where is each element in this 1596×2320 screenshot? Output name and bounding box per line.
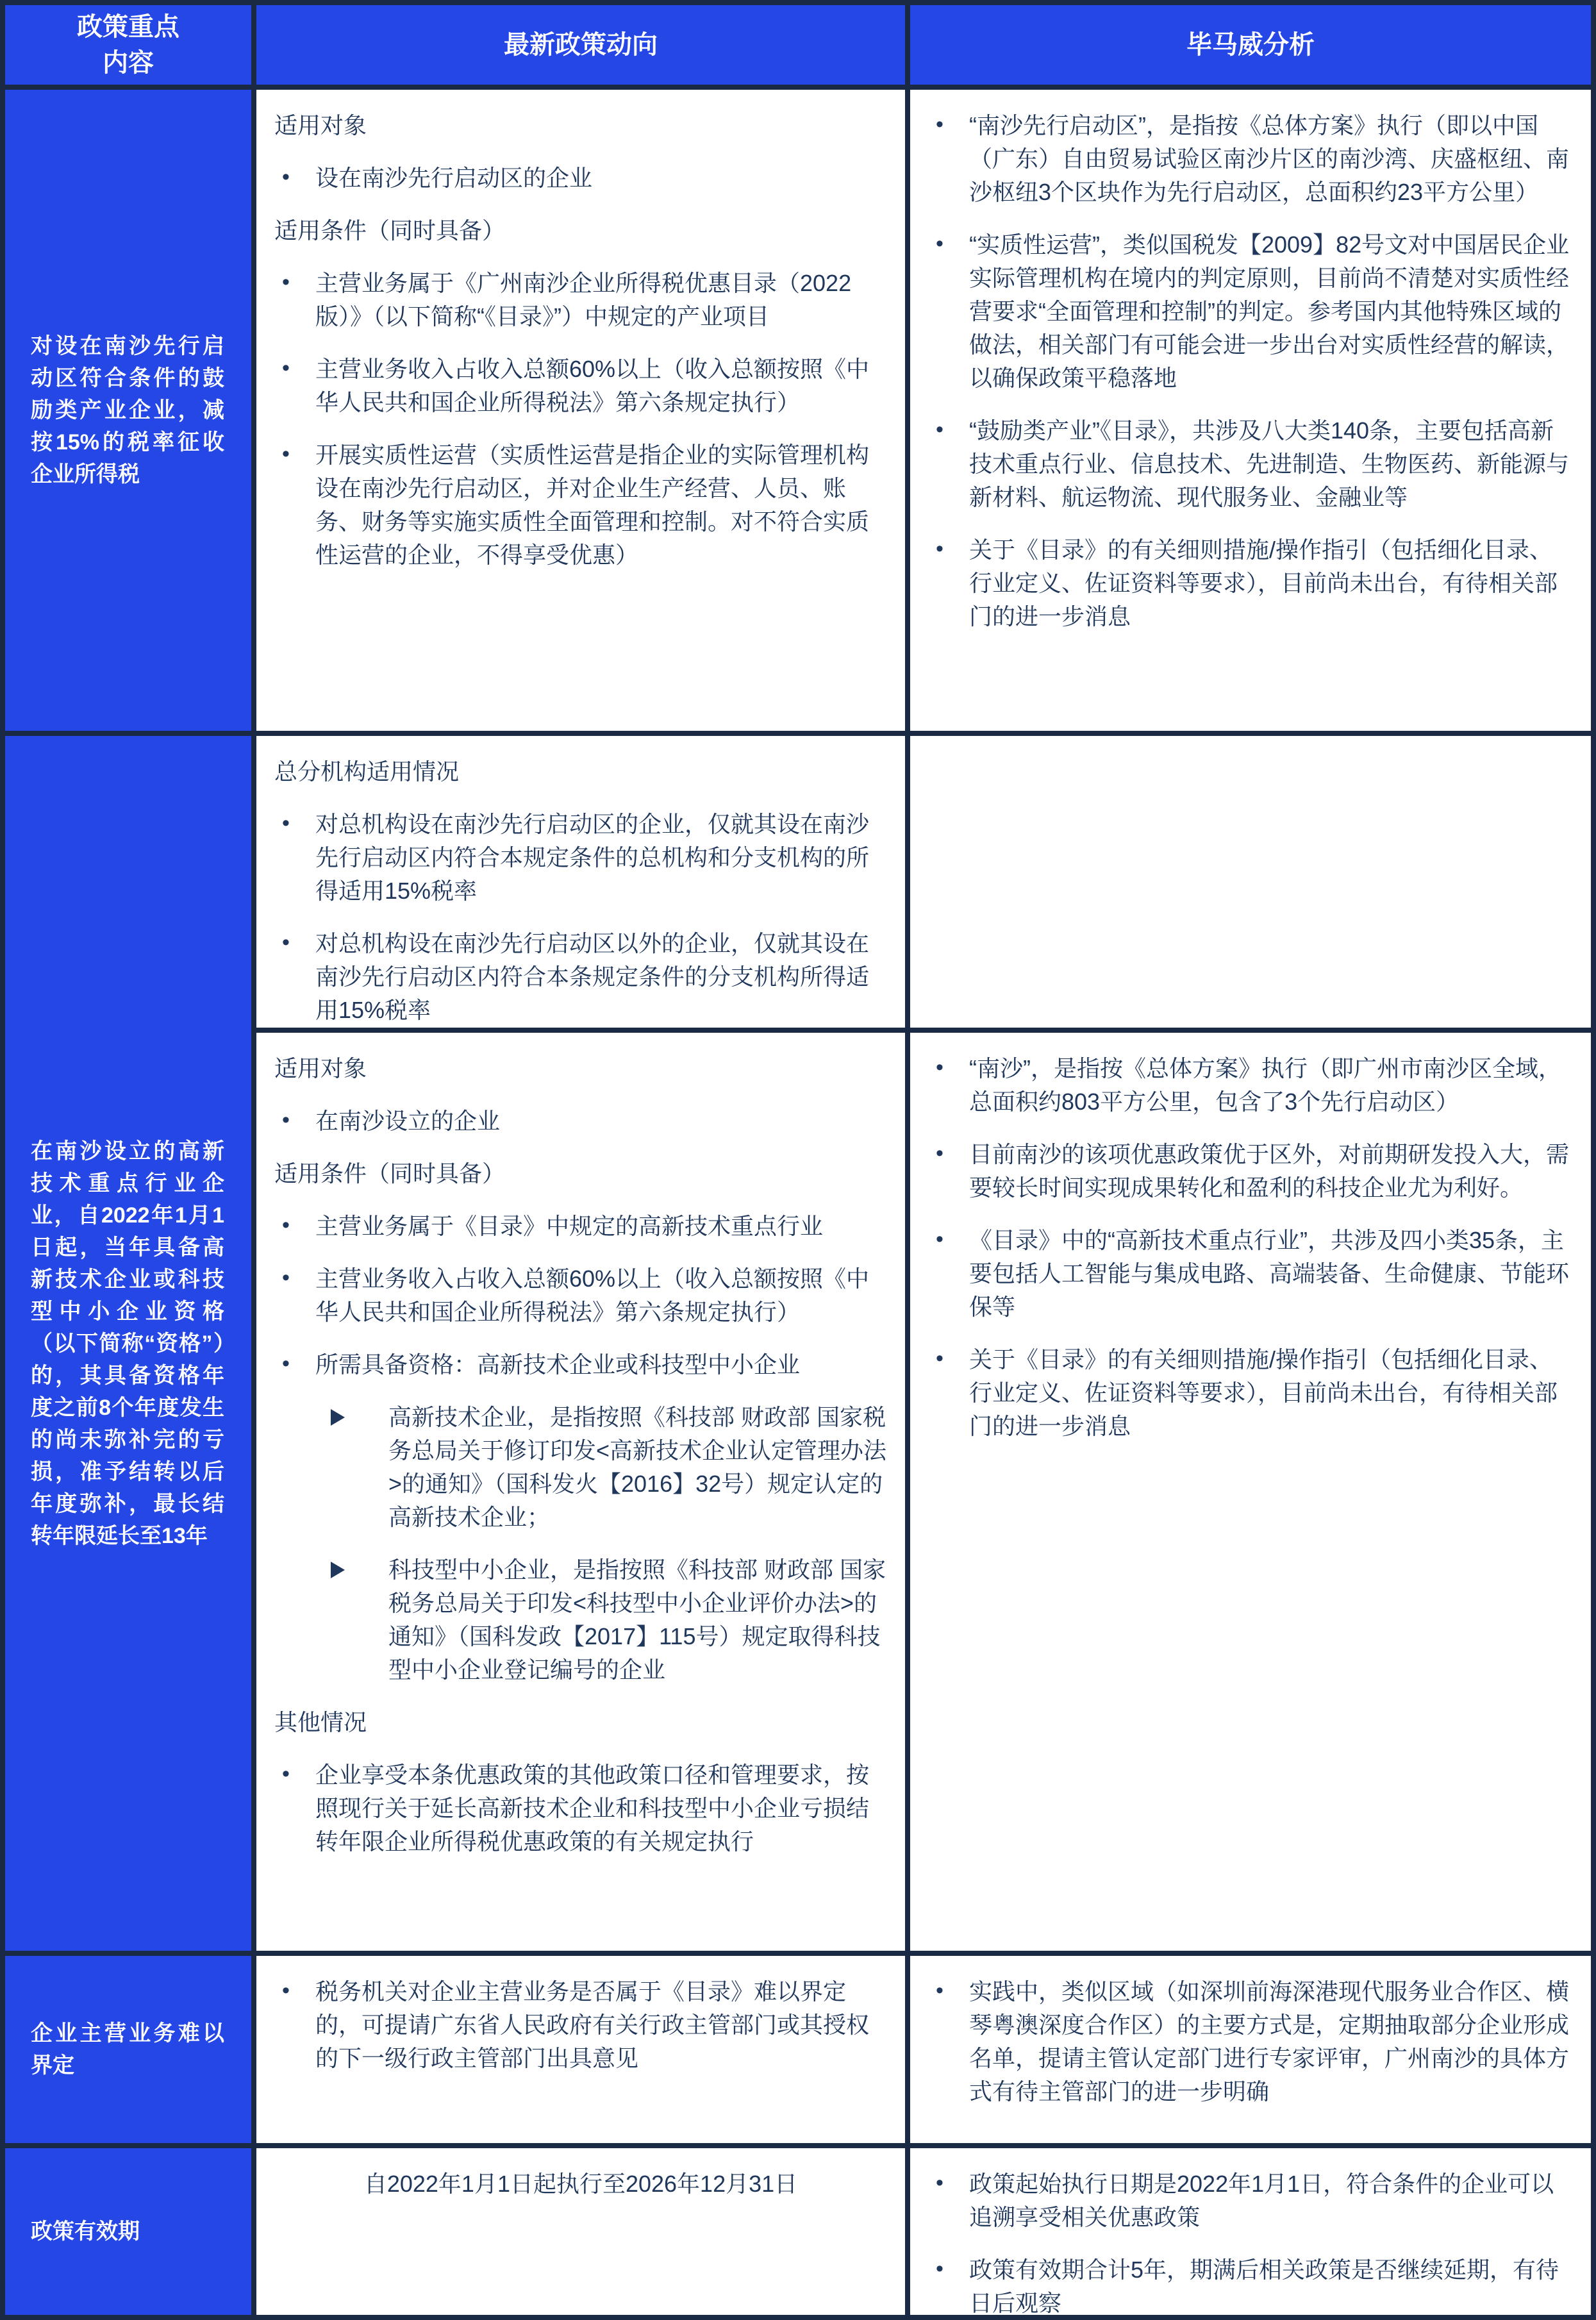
policy-table: 政策重点 内容 最新政策动向 毕马威分析 对设在南沙先行启动区符合条件的鼓励类产… — [0, 0, 1596, 2320]
bullet-text: “南沙”，是指按《总体方案》执行（即广州市南沙区全域，总面积约803平方公里，包… — [969, 1055, 1561, 1115]
bullet-text: 《目录》中的“高新技术重点行业”，共涉及四小类35条，主要包括人工智能与集成电路… — [969, 1227, 1569, 1320]
policy-text-rows2-3: 在南沙设立的高新技术重点行业企业，自2022年1月1日起，当年具备高新技术企业或… — [31, 1135, 224, 1552]
dot-bullet-icon: • — [282, 806, 290, 840]
dot-bullet-icon: • — [936, 1223, 943, 1256]
bullet-text: 主营业务属于《目录》中规定的高新技术重点行业 — [315, 1213, 823, 1239]
bullet-text: 主营业务属于《广州南沙企业所得税优惠目录（2022版）》（以下简称“《目录》”）… — [315, 270, 851, 330]
dot-bullet-icon: • — [282, 351, 290, 385]
bullet-text: “鼓励类产业”《目录》，共涉及八大类140条，主要包括高新技术重点行业、信息技术… — [969, 417, 1569, 510]
bullet-item: •主营业务属于《广州南沙企业所得税优惠目录（2022版）》（以下简称“《目录》”… — [274, 267, 888, 333]
section-heading: 其他情况 — [274, 1706, 888, 1739]
policy-validity-period-text: 自2022年1月1日起执行至2026年12月31日 — [364, 2171, 797, 2197]
policy-cell-row1: 对设在南沙先行启动区符合条件的鼓励类产业企业，减按15%的税率征收企业所得税 — [5, 90, 251, 731]
bullet-item: •实践中，类似区域（如深圳前海深港现代服务业合作区、横琴粤澳深度合作区）的主要方… — [928, 1975, 1574, 2108]
bullet-text: 科技型中小企业，是指按照《科技部 财政部 国家税务总局关于印发<科技型中小企业评… — [388, 1556, 886, 1683]
header-kpmg-analysis: 毕马威分析 — [910, 5, 1591, 85]
bullet-item: •设在南沙先行启动区的企业 — [274, 162, 888, 195]
policy-cell-row4: 企业主营业务难以界定 — [5, 1956, 251, 2143]
bullet-item: •《目录》中的“高新技术重点行业”，共涉及四小类35条，主要包括人工智能与集成电… — [928, 1224, 1574, 1324]
dot-bullet-icon: • — [282, 1974, 290, 2007]
bullet-text: 税务机关对企业主营业务是否属于《目录》难以界定的，可提请广东省人民政府有关行政主… — [315, 1978, 869, 2071]
bullet-item: •关于《目录》的有关细则措施/操作指引（包括细化目录、行业定义、佐证资料等要求）… — [928, 1343, 1574, 1443]
bullet-item: •政策起始执行日期是2022年1月1日，符合条件的企业可以追溯享受相关优惠政策 — [928, 2167, 1574, 2234]
bullet-item: •企业享受本条优惠政策的其他政策口径和管理要求，按照现行关于延长高新技术企业和科… — [274, 1758, 888, 1858]
bullet-item: •主营业务属于《目录》中规定的高新技术重点行业 — [274, 1210, 888, 1243]
bullet-item: •主营业务收入占收入总额60%以上（收入总额按照《中华人民共和国企业所得税法》第… — [274, 353, 888, 419]
bullet-item: •主营业务收入占收入总额60%以上（收入总额按照《中华人民共和国企业所得税法》第… — [274, 1262, 888, 1329]
bullet-item: •所需具备资格：高新技术企业或科技型中小企业 — [274, 1348, 888, 1381]
bullet-text: 关于《目录》的有关细则措施/操作指引（包括细化目录、行业定义、佐证资料等要求），… — [969, 537, 1558, 630]
arrow-bullet-icon — [331, 1409, 345, 1426]
bullet-item: •“实质性运营”，类似国税发【2009】82号文对中国居民企业实际管理机构在境内… — [928, 228, 1574, 395]
bullet-text: 目前南沙的该项优惠政策优于区外，对前期研发投入大，需要较长时间实现成果转化和盈利… — [969, 1141, 1569, 1201]
bullet-item: •政策有效期合计5年，期满后相关政策是否继续延期，有待日后观察 — [928, 2253, 1574, 2315]
bullet-text: 主营业务收入占收入总额60%以上（收入总额按照《中华人民共和国企业所得税法》第六… — [315, 1265, 869, 1325]
bullet-text: 高新技术企业，是指按照《科技部 财政部 国家税务总局关于修订印发<高新技术企业认… — [388, 1404, 886, 1530]
section-heading: 适用条件（同时具备） — [274, 1157, 888, 1190]
dot-bullet-icon: • — [282, 1757, 290, 1790]
policy-text-row4: 企业主营业务难以界定 — [31, 2017, 224, 2082]
section-heading: 适用对象 — [274, 1052, 888, 1085]
bullet-text: 企业享受本条优惠政策的其他政策口径和管理要求，按照现行关于延长高新技术企业和科技… — [315, 1762, 869, 1855]
kpmg-analysis-cell-row5: •政策起始执行日期是2022年1月1日，符合条件的企业可以追溯享受相关优惠政策•… — [910, 2148, 1591, 2315]
dot-bullet-icon: • — [936, 1974, 943, 2007]
latest-policy-cell-row5: 自2022年1月1日起执行至2026年12月31日 — [256, 2148, 905, 2315]
bullet-item: •对总机构设在南沙先行启动区以外的企业，仅就其设在南沙先行启动区内符合本条规定条… — [274, 927, 888, 1027]
dot-bullet-icon: • — [936, 413, 943, 446]
section-heading: 适用条件（同时具备） — [274, 214, 888, 247]
dot-bullet-icon: • — [936, 1137, 943, 1170]
bullet-text: 在南沙设立的企业 — [315, 1108, 500, 1134]
header-latest-policy: 最新政策动向 — [256, 5, 905, 85]
section-heading: 适用对象 — [274, 109, 888, 142]
dot-bullet-icon: • — [936, 1051, 943, 1084]
bullet-item: •“南沙先行启动区”，是指按《总体方案》执行（即以中国（广东）自由贸易试验区南沙… — [928, 109, 1574, 209]
bullet-item: •关于《目录》的有关细则措施/操作指引（包括细化目录、行业定义、佐证资料等要求）… — [928, 533, 1574, 633]
dot-bullet-icon: • — [936, 108, 943, 141]
policy-text-row1: 对设在南沙先行启动区符合条件的鼓励类产业企业，减按15%的税率征收企业所得税 — [31, 330, 224, 490]
policy-cell-row5: 政策有效期 — [5, 2148, 251, 2315]
bullet-text: “南沙先行启动区”，是指按《总体方案》执行（即以中国（广东）自由贸易试验区南沙片… — [969, 112, 1569, 205]
dot-bullet-icon: • — [282, 160, 290, 194]
arrow-bullet-icon — [331, 1562, 345, 1578]
latest-policy-cell-row2: 总分机构适用情况•对总机构设在南沙先行启动区的企业，仅就其设在南沙先行启动区内符… — [256, 736, 905, 1028]
kpmg-analysis-cell-row1: •“南沙先行启动区”，是指按《总体方案》执行（即以中国（广东）自由贸易试验区南沙… — [910, 90, 1591, 731]
bullet-text: 政策有效期合计5年，期满后相关政策是否继续延期，有待日后观察 — [969, 2257, 1559, 2315]
dot-bullet-icon: • — [282, 1208, 290, 1242]
dot-bullet-icon: • — [936, 1342, 943, 1375]
policy-text-row5: 政策有效期 — [31, 2216, 224, 2248]
dot-bullet-icon: • — [282, 265, 290, 299]
sub-bullet-item: 高新技术企业，是指按照《科技部 财政部 国家税务总局关于修订印发<高新技术企业认… — [274, 1401, 888, 1534]
bullet-text: 对总机构设在南沙先行启动区的企业，仅就其设在南沙先行启动区内符合本规定条件的总机… — [315, 811, 869, 904]
header-policy-content: 政策重点 内容 — [5, 5, 251, 85]
dot-bullet-icon: • — [282, 926, 290, 959]
policy-cell-rows2-3: 在南沙设立的高新技术重点行业企业，自2022年1月1日起，当年具备高新技术企业或… — [5, 736, 251, 1951]
dot-bullet-icon: • — [936, 2252, 943, 2285]
latest-policy-cell-row3: 适用对象•在南沙设立的企业适用条件（同时具备）•主营业务属于《目录》中规定的高新… — [256, 1033, 905, 1951]
bullet-text: 对总机构设在南沙先行启动区以外的企业，仅就其设在南沙先行启动区内符合本条规定条件… — [315, 930, 869, 1023]
section-heading: 总分机构适用情况 — [274, 755, 888, 789]
dot-bullet-icon: • — [936, 227, 943, 260]
bullet-text: 政策起始执行日期是2022年1月1日，符合条件的企业可以追溯享受相关优惠政策 — [969, 2171, 1554, 2230]
dot-bullet-icon: • — [936, 2166, 943, 2199]
dot-bullet-icon: • — [282, 1103, 290, 1137]
sub-bullet-item: 科技型中小企业，是指按照《科技部 财政部 国家税务总局关于印发<科技型中小企业评… — [274, 1553, 888, 1687]
bullet-text: 所需具备资格：高新技术企业或科技型中小企业 — [315, 1351, 800, 1378]
bullet-text: 设在南沙先行启动区的企业 — [315, 165, 592, 191]
kpmg-analysis-cell-row3: •“南沙”，是指按《总体方案》执行（即广州市南沙区全域，总面积约803平方公里，… — [910, 1033, 1591, 1951]
dot-bullet-icon: • — [282, 1261, 290, 1294]
dot-bullet-icon: • — [282, 437, 290, 471]
latest-policy-cell-row1: 适用对象•设在南沙先行启动区的企业适用条件（同时具备）•主营业务属于《广州南沙企… — [256, 90, 905, 731]
bullet-text: 主营业务收入占收入总额60%以上（收入总额按照《中华人民共和国企业所得税法》第六… — [315, 356, 869, 415]
bullet-item: •“鼓励类产业”《目录》，共涉及八大类140条，主要包括高新技术重点行业、信息技… — [928, 414, 1574, 514]
dot-bullet-icon: • — [936, 532, 943, 565]
bullet-text: “实质性运营”，类似国税发【2009】82号文对中国居民企业实际管理机构在境内的… — [969, 231, 1569, 391]
kpmg-analysis-cell-row4: •实践中，类似区域（如深圳前海深港现代服务业合作区、横琴粤澳深度合作区）的主要方… — [910, 1956, 1591, 2143]
kpmg-analysis-cell-row2-empty — [910, 736, 1591, 1028]
latest-policy-cell-row4: •税务机关对企业主营业务是否属于《目录》难以界定的，可提请广东省人民政府有关行政… — [256, 1956, 905, 2143]
bullet-item: •目前南沙的该项优惠政策优于区外，对前期研发投入大，需要较长时间实现成果转化和盈… — [928, 1138, 1574, 1205]
bullet-text: 实践中，类似区域（如深圳前海深港现代服务业合作区、横琴粤澳深度合作区）的主要方式… — [969, 1978, 1569, 2105]
bullet-text: 开展实质性运营（实质性运营是指企业的实际管理机构设在南沙先行启动区，并对企业生产… — [315, 442, 869, 568]
bullet-item: •开展实质性运营（实质性运营是指企业的实际管理机构设在南沙先行启动区，并对企业生… — [274, 438, 888, 572]
bullet-item: •对总机构设在南沙先行启动区的企业，仅就其设在南沙先行启动区内符合本规定条件的总… — [274, 808, 888, 908]
bullet-item: •在南沙设立的企业 — [274, 1105, 888, 1138]
bullet-text: 关于《目录》的有关细则措施/操作指引（包括细化目录、行业定义、佐证资料等要求），… — [969, 1346, 1558, 1439]
dot-bullet-icon: • — [282, 1347, 290, 1380]
bullet-item: •“南沙”，是指按《总体方案》执行（即广州市南沙区全域，总面积约803平方公里，… — [928, 1052, 1574, 1119]
bullet-item: •税务机关对企业主营业务是否属于《目录》难以界定的，可提请广东省人民政府有关行政… — [274, 1975, 888, 2075]
